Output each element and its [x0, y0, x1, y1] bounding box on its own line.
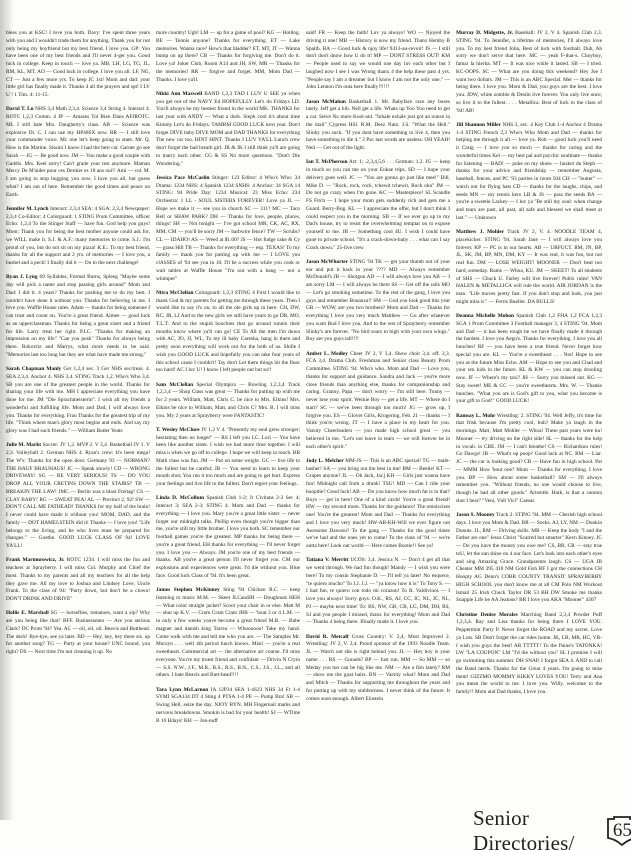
senior-name: Sam McClellan — [156, 382, 193, 388]
senior-name: James Stephen McKinney — [156, 587, 220, 593]
senior-entry: bless you at KSC! I love you both. Davy:… — [6, 30, 150, 100]
senior-entry: David R. Metcalf Cross Country: V. 2,4, … — [306, 634, 450, 704]
column-2: more country! Ugh! LM — up for a game of… — [156, 30, 300, 732]
senior-name: Murray D. Midgette, Jr. — [456, 30, 513, 36]
senior-entry-text: SG — horseflies, tomatoes, want a sip? W… — [6, 610, 150, 655]
senior-name: Hollis E. Marshall — [6, 610, 49, 616]
senior-name: Julie M. Markt — [6, 442, 41, 448]
senior-name: Christine Denise Morales — [456, 612, 518, 618]
senior-entry: Christine Denise Morales Marching Band 2… — [456, 612, 602, 697]
senior-entry-text: Track 2. STING '94. MM — Cherish high sc… — [456, 512, 602, 603]
senior-entry: Jason McMahon Basketball 1. Mr. Babyface… — [306, 99, 450, 153]
senior-entry: David T. Lu NHS 3,4 Math 2,3,4. Science … — [6, 106, 150, 199]
senior-name: Jason McWhorter — [306, 259, 348, 265]
senior-entry-text: Art: 1; .2,3,4,5,6 . . . German: 1,2. JG… — [306, 159, 450, 250]
section-title: Senior Directories/ — [473, 806, 598, 850]
senior-entry: Jennifer M. Lynch Interact: 2,3,4 SEA: 4… — [6, 206, 150, 268]
senior-name: Jennifer M. Lynch — [6, 206, 49, 212]
senior-entry: Sam McClellan Special Olympics — Bowling… — [156, 382, 300, 421]
senior-entry: Nitra McClellan Colorguard: 1,2,3 STING … — [156, 290, 300, 375]
page-number: 65 — [606, 820, 631, 842]
senior-entry: Matthew J. Mohler Track JV 2, V. 4. NOOD… — [456, 229, 602, 307]
senior-entry: Jason S. Mooney Track 2. STING '94. MM —… — [456, 512, 602, 605]
senior-entry: Linda D. McCollum Spanish Club 1-2; Jr C… — [156, 495, 300, 580]
senior-entry: Murray D. Midgette, Jr. Baseball: JV 2, … — [456, 30, 602, 115]
column-3: said! FR — Keep the faith! Luv ya always… — [306, 30, 450, 710]
senior-entry: Ian T. McPherson Art: 1; .2,3,4,5,6 . . … — [306, 159, 450, 252]
senior-entry-text: Spanish Club 1-2; Jr Civitans 2-3 Sec 4;… — [156, 495, 300, 579]
senior-directory-columns: bless you at KSC! I love you both. Davy:… — [6, 30, 602, 790]
senior-entry: Amber L. Medley Cheer JV 2, V 3,4. Show … — [306, 351, 450, 452]
senior-entry: James Stephen McKinney Sting '94 Chicken… — [156, 587, 300, 680]
senior-name: Ramsay L. Mohr — [456, 413, 495, 419]
senior-entry-text: Ger 1,2,4 sec. 3 Ger NHS sec/treas. 4. S… — [6, 366, 150, 434]
senior-entry: Ramsay L. Mohr Wrestling: 2. STING '94. … — [456, 413, 602, 506]
senior-name: T. Wesley McClure — [156, 427, 200, 433]
senior-entry: Tatiana V. Merritt UCOS: 3,4. Jessica N.… — [306, 557, 450, 627]
senior-entry: T. Wesley McClure JV 1,2 V 4. "Presently… — [156, 427, 300, 489]
senior-name: Tara Lynn McLarnon — [156, 687, 208, 693]
senior-name: David T. Lu — [6, 106, 34, 112]
senior-entry-text: Interact: 2,3,4 SEA: 4 SGA: 2,3,4 Newspa… — [6, 206, 150, 266]
senior-entry-text: ROTC 1234. I will miss the fun and teach… — [6, 557, 150, 602]
senior-entry-text: BAND 1,2,3 TAD I LUV U SEE ya when you g… — [156, 91, 300, 167]
senior-name: Amber L. Medley — [306, 351, 348, 357]
senior-entry-text: more country! Ugh! LM — up for a game of… — [156, 30, 300, 83]
senior-entry-text: bless you at KSC! I love you both. Davy:… — [6, 30, 150, 98]
senior-entry: Julie M. Markt Soccer: JV 1,2. MVP 2. V … — [6, 442, 150, 551]
senior-entry-text: Soccer: JV 1,2. MVP 2. V 3,4. Basketball… — [6, 442, 150, 549]
senior-name: Sarah Chapman Manly — [6, 366, 61, 372]
senior-entry: Frank Marmurowicz, Jr. ROTC 1234. I will… — [6, 557, 150, 604]
senior-entry-text: Track JV 2, V. 4. NOODLE TEAM 4, placeki… — [456, 229, 602, 305]
senior-entry-text: Stinger: 123 Editor: 4 Who's Who: 34 Dra… — [156, 175, 300, 282]
senior-entry: Sarah Chapman Manly Ger 1,2,4 sec. 3 Ger… — [6, 366, 150, 436]
senior-entry-text: 69 Syllables, Formal Burns, Spleeg "Mayb… — [6, 274, 150, 358]
senior-name: Jessica Pace McCaslin — [156, 175, 209, 181]
senior-name: Frank Marmurowicz, Jr. — [6, 557, 65, 563]
senior-entry-text: Wrestling: 2. STING '94. Well Jeffy, it'… — [456, 413, 602, 504]
senior-entry-text: UCOS: 3,4. Jessica N. — Don't 4 get all … — [306, 557, 450, 625]
senior-entry: said! FR — Keep the faith! Luv ya always… — [306, 30, 450, 92]
senior-name: Jason S. Mooney — [456, 512, 495, 518]
senior-entry-text: Sting '94 Chicken R.C — keep listening t… — [156, 587, 300, 678]
column-1: bless you at KSC! I love you both. Davy:… — [6, 30, 150, 663]
senior-name: Nikki Ann Maxwell — [156, 91, 202, 97]
senior-entry: Tara Lynn McLarnon IA 12P34 SEA 1-4S23 N… — [156, 687, 300, 726]
senior-name: Tatiana V. Merritt — [306, 557, 349, 563]
senior-entry-text: said! FR — Keep the faith! Luv ya always… — [306, 30, 450, 90]
senior-name: David R. Metcalf — [306, 634, 349, 640]
senior-name: Matthew J. Mohler — [456, 229, 504, 235]
senior-entry: Nikki Ann Maxwell BAND 1,2,3 TAD I LUV U… — [156, 91, 300, 169]
senior-name: Ian T. McPherson — [306, 159, 348, 165]
senior-entry: Jill Shannon Miller NHS 3, sec. 4 Key Cl… — [456, 122, 602, 223]
senior-entry-text: Cross Country: V. 2,4, Most Improved 2. … — [306, 634, 450, 702]
senior-entry: Jason McWhorter STING '94 TK — get your … — [306, 259, 450, 344]
senior-entry: Deanna Michelle Mohon Spanish Club 1,2 F… — [456, 313, 602, 406]
senior-entry: Jody L. Melcher MM-JS — This is an ABC s… — [306, 458, 450, 551]
senior-name: Jody L. Melcher — [306, 458, 344, 464]
senior-entry: more country! Ugh! LM — up for a game of… — [156, 30, 300, 84]
senior-name: Deanna Michelle Mohon — [456, 313, 514, 319]
column-4: Murray D. Midgette, Jr. Baseball: JV 2, … — [456, 30, 602, 703]
senior-name: Linda D. McCollum — [156, 495, 204, 501]
senior-entry-text: Colorguard: 1,2,3 STING 4 First I would … — [156, 290, 300, 374]
senior-name: Ryan J. Lyng — [6, 274, 38, 280]
senior-entry-text: MM-JS — This is an ABC special! TG — mal… — [306, 458, 450, 549]
senior-entry-text: NHS 3, sec. 4 Key Club 1-4 Anchor 4 Dram… — [456, 122, 602, 221]
senior-entry-text: JV 1,2 V 4. "Presently my soul grew stro… — [156, 427, 300, 487]
yearbook-page: bless you at KSC! I love you both. Davy:… — [0, 0, 631, 850]
senior-name: Jill Shannon Miller — [456, 122, 501, 128]
page-number-shield: 65 — [606, 816, 631, 846]
senior-entry-text: NHS 3,4 Math 2,3,4. Science 3,4 String 4… — [6, 106, 150, 197]
senior-entry-text: STING '94 TK — get your thumb out of you… — [306, 259, 450, 343]
senior-entry-text: Baseball: JV 2, V 4. Spanish Club 2,3. S… — [456, 30, 602, 114]
page-footer: Senior Directories/ 65 — [473, 806, 631, 850]
senior-entry: Ryan J. Lyng 69 Syllables, Formal Burns,… — [6, 274, 150, 359]
senior-entry-text: Basketball 1. Mr. Babyface race any buse… — [306, 99, 450, 152]
senior-entry: Jessica Pace McCaslin Stinger: 123 Edito… — [156, 175, 300, 284]
senior-entry-text: Spanish Club 1,2 FHA 1,2 FCA 1,2,3 SGA 1… — [456, 313, 602, 404]
senior-entry-text: Cheer JV 2, V 3,4. Show choir 3,4. off. … — [306, 351, 450, 450]
senior-entry-text: Marching Band 2,3,4 Powder Puff 1,2,3,4.… — [456, 612, 602, 696]
senior-name: Jason McMahon — [306, 99, 346, 105]
senior-entry: Hollis E. Marshall SG — horseflies, toma… — [6, 610, 150, 657]
senior-name: Nitra McClellan — [156, 290, 194, 296]
